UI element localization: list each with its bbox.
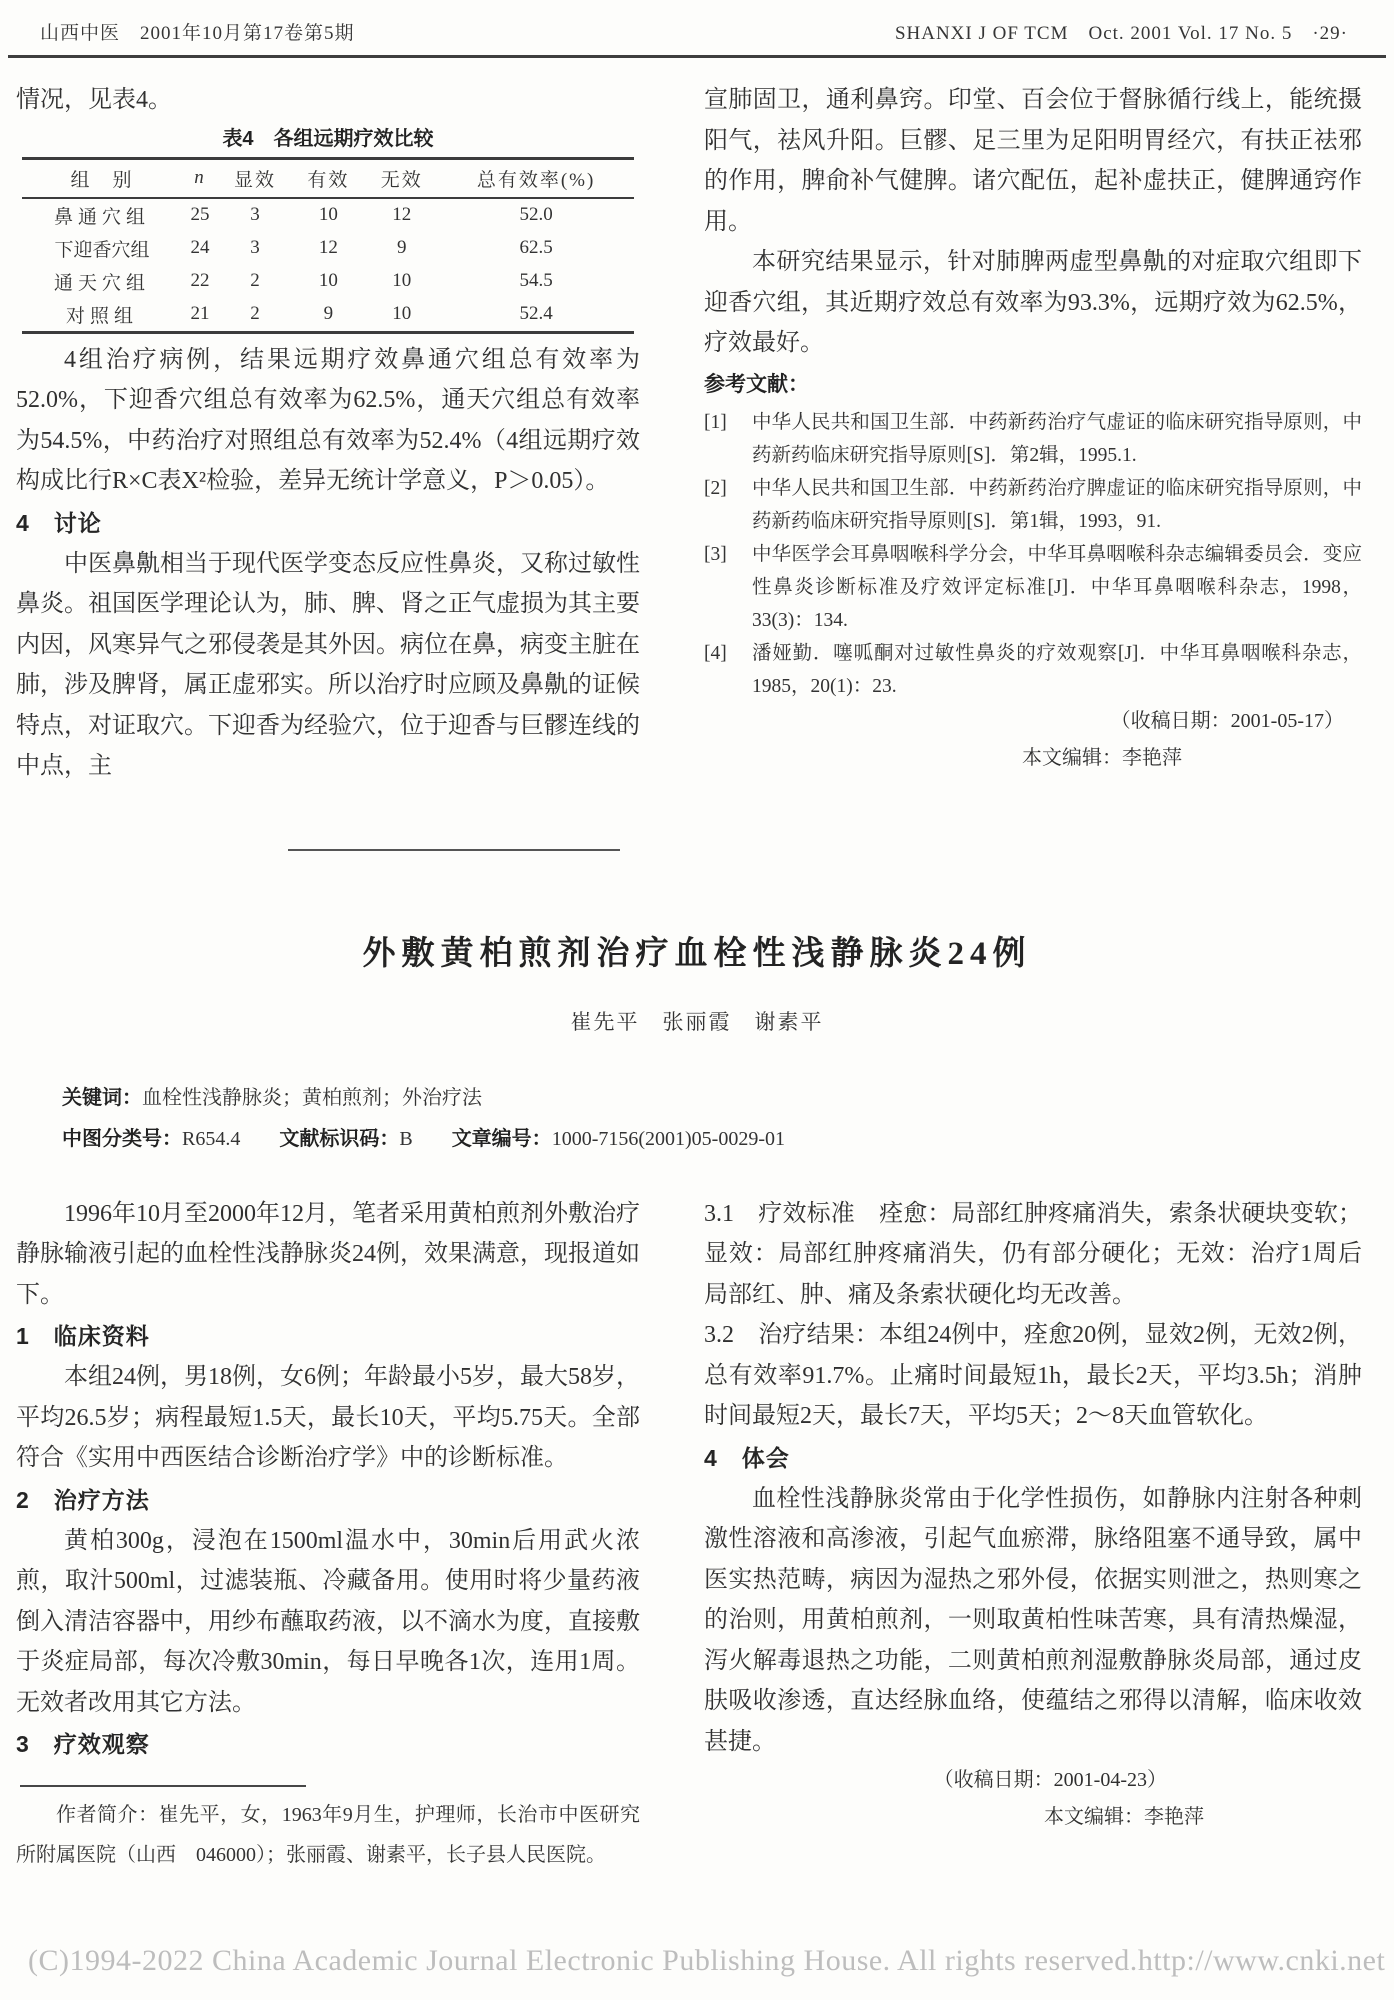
clc-value: R654.4 — [182, 1128, 240, 1150]
cell-total-rate: 52.0 — [438, 198, 633, 232]
article2-intro-paragraph: 1996年10月至2000年12月，笔者采用黄柏煎剂外敷治疗静脉输液引起的血栓性… — [16, 1194, 640, 1316]
table4-header-row: 组 别 n 显效 有效 无效 总有效率(%) — [22, 158, 634, 198]
keywords-value: 血栓性浅静脉炎；黄柏煎剂；外治疗法 — [142, 1087, 482, 1109]
reference-text: 中华人民共和国卫生部．中药新药治疗脾虚证的临床研究指导原则，中药新药临床研究指导… — [752, 472, 1362, 538]
treatment-outcome-paragraph: 3.2 治疗结果：本组24例中，痊愈20例，显效2例，无效2例，总有效率91.7… — [704, 1315, 1362, 1437]
cell-marked: 2 — [218, 298, 291, 333]
doc-code-label: 文献标识码： — [279, 1128, 399, 1150]
article-divider — [288, 849, 620, 851]
cell-n: 22 — [182, 265, 219, 298]
reference-text: 中华医学会耳鼻咽喉科学分会，中华耳鼻咽喉科杂志编辑委员会．变应性鼻炎诊断标准及疗… — [752, 538, 1362, 637]
article2-authors: 崔先平 张丽霞 谢素平 — [0, 1006, 1394, 1036]
cell-total-rate: 52.4 — [438, 298, 633, 333]
article1-right-column: 宣肺固卫，通利鼻窍。印堂、百会位于督脉循行线上，能统摄阳气，祛风升阳。巨髎、足三… — [704, 80, 1362, 787]
article-id-label: 文章编号： — [452, 1128, 552, 1150]
cell-n: 24 — [182, 232, 219, 265]
cnki-url: http://www.cnki.net — [1138, 1944, 1386, 1978]
efficacy-criteria-paragraph: 3.1 疗效标准 痊愈：局部红肿疼痛消失，索条状硬块变软；显效：局部红肿疼痛消失… — [704, 1194, 1362, 1316]
cell-ineffective: 9 — [365, 232, 438, 265]
treatment-method-paragraph: 黄柏300g，浸泡在1500ml温水中，30min后用武火浓煎，取汁500ml，… — [16, 1521, 640, 1724]
cell-group: 通天穴组 — [22, 265, 181, 298]
cell-marked: 3 — [218, 198, 291, 232]
article2-left-column: 1996年10月至2000年12月，笔者采用黄柏煎剂外敷治疗静脉输液引起的血栓性… — [16, 1194, 640, 1876]
cell-n: 25 — [182, 198, 219, 232]
article2-received-date: （收稿日期：2001-04-23） — [704, 1762, 1362, 1799]
copyright-text: (C)1994-2022 China Academic Journal Elec… — [28, 1944, 1138, 1978]
article1-continuation-paragraph: 宣肺固卫，通利鼻窍。印堂、百会位于督脉循行线上，能统摄阳气，祛风升阳。巨髎、足三… — [704, 80, 1362, 242]
doc-code-value: B — [399, 1128, 412, 1150]
article1-discussion-heading: 4 讨论 — [16, 502, 640, 544]
cell-group: 对照组 — [22, 298, 181, 333]
article2-title: 外敷黄柏煎剂治疗血栓性浅静脉炎24例 — [0, 927, 1394, 974]
journal-title-en: SHANXI J OF TCM Oct. 2001 Vol. 17 No. 5 … — [895, 18, 1348, 45]
article2-meta-block: 关键词：血栓性浅静脉炎；黄柏煎剂；外治疗法 中图分类号：R654.4 文献标识码… — [62, 1078, 1394, 1160]
experience-heading: 4 体会 — [704, 1437, 1362, 1479]
scanned-journal-page: { "header": { "left": "山西中医 2001年10月第17卷… — [0, 0, 1394, 2000]
journal-title-cn: 山西中医 2001年10月第17卷第5期 — [40, 18, 355, 45]
clc-label: 中图分类号： — [62, 1128, 182, 1150]
references-heading: 参考文献： — [704, 364, 1362, 406]
cell-ineffective: 12 — [365, 198, 438, 232]
reference-text: 潘娅勤．噻呱酮对过敏性鼻炎的疗效观察[J]．中华耳鼻咽喉科杂志，1985，20(… — [752, 637, 1362, 703]
reference-item: [3] 中华医学会耳鼻咽喉科学分会，中华耳鼻咽喉科杂志编辑委员会．变应性鼻炎诊断… — [704, 538, 1362, 637]
efficacy-observation-heading: 3 疗效观察 — [16, 1723, 640, 1765]
cell-effective: 12 — [292, 232, 365, 265]
cell-marked: 3 — [218, 232, 291, 265]
cell-ineffective: 10 — [365, 298, 438, 333]
clinical-data-paragraph: 本组24例，男18例，女6例；年龄最小5岁，最大58岁，平均26.5岁；病程最短… — [16, 1357, 640, 1479]
table4-caption: 表4 各组远期疗效比较 — [16, 123, 640, 155]
cell-effective: 10 — [292, 265, 365, 298]
cell-total-rate: 54.5 — [438, 265, 633, 298]
reference-number: [2] — [704, 472, 752, 538]
article1-editor: 本文编辑：李艳萍 — [704, 740, 1362, 777]
article2-editor: 本文编辑：李艳萍 — [704, 1799, 1362, 1836]
classification-line: 中图分类号：R654.4 文献标识码：B 文章编号：1000-7156(2001… — [62, 1119, 1394, 1160]
treatment-method-heading: 2 治疗方法 — [16, 1479, 640, 1521]
cell-group: 鼻通穴组 — [22, 198, 181, 232]
cell-marked: 2 — [218, 265, 291, 298]
table4-efficacy-comparison: 组 别 n 显效 有效 无效 总有效率(%) 鼻通穴组 25 3 10 12 5… — [22, 157, 634, 334]
reference-number: [1] — [704, 406, 752, 472]
article1-columns: 情况，见表4。 表4 各组远期疗效比较 组 别 n 显效 有效 无效 总有效率(… — [0, 80, 1394, 787]
footnote-rule — [20, 1785, 306, 1787]
article1-discussion-paragraph: 中医鼻鼽相当于现代医学变态反应性鼻炎，又称过敏性鼻炎。祖国医学理论认为，肺、脾、… — [16, 544, 640, 787]
journal-header: 山西中医 2001年10月第17卷第5期 SHANXI J OF TCM Oct… — [0, 0, 1394, 51]
table4-col-marked: 显效 — [218, 158, 291, 198]
article1-left-column: 情况，见表4。 表4 各组远期疗效比较 组 别 n 显效 有效 无效 总有效率(… — [16, 80, 640, 787]
cell-effective: 10 — [292, 198, 365, 232]
cell-effective: 9 — [292, 298, 365, 333]
reference-item: [1] 中华人民共和国卫生部．中药新药治疗气虚证的临床研究指导原则，中药新药临床… — [704, 406, 1362, 472]
keywords-line: 关键词：血栓性浅静脉炎；黄柏煎剂；外治疗法 — [62, 1078, 1394, 1119]
table4-col-effective: 有效 — [292, 158, 365, 198]
table-row: 对照组 21 2 9 10 52.4 — [22, 298, 634, 333]
header-rule — [8, 55, 1386, 58]
reference-item: [4] 潘娅勤．噻呱酮对过敏性鼻炎的疗效观察[J]．中华耳鼻咽喉科杂志，1985… — [704, 637, 1362, 703]
author-bio: 作者简介：崔先平，女，1963年9月生，护理师，长治市中医研究所附属医院（山西 … — [16, 1795, 640, 1875]
copyright-watermark: (C)1994-2022 China Academic Journal Elec… — [28, 1944, 1384, 1978]
table4-col-total-rate: 总有效率(%) — [438, 158, 633, 198]
article1-lead-line: 情况，见表4。 — [16, 80, 640, 121]
keywords-label: 关键词： — [62, 1087, 142, 1109]
reference-text: 中华人民共和国卫生部．中药新药治疗气虚证的临床研究指导原则，中药新药临床研究指导… — [752, 406, 1362, 472]
table4-col-group: 组 别 — [22, 158, 181, 198]
table-row: 鼻通穴组 25 3 10 12 52.0 — [22, 198, 634, 232]
article1-received-date: （收稿日期：2001-05-17） — [704, 703, 1362, 740]
article1-results-paragraph: 4组治疗病例，结果远期疗效鼻通穴组总有效率为52.0%，下迎香穴组总有效率为62… — [16, 340, 640, 502]
table-row: 通天穴组 22 2 10 10 54.5 — [22, 265, 634, 298]
reference-number: [4] — [704, 637, 752, 703]
table-row: 下迎香穴组 24 3 12 9 62.5 — [22, 232, 634, 265]
article2-right-column: 3.1 疗效标准 痊愈：局部红肿疼痛消失，索条状硬块变软；显效：局部红肿疼痛消失… — [704, 1194, 1362, 1876]
table4-col-n: n — [182, 158, 219, 198]
experience-paragraph: 血栓性浅静脉炎常由于化学性损伤，如静脉内注射各种刺激性溶液和高渗液，引起气血瘀滞… — [704, 1479, 1362, 1763]
article1-conclusion-paragraph: 本研究结果显示，针对肺脾两虚型鼻鼽的对症取穴组即下迎香穴组，其近期疗效总有效率为… — [704, 242, 1362, 364]
cell-n: 21 — [182, 298, 219, 333]
article-id-value: 1000-7156(2001)05-0029-01 — [552, 1128, 785, 1150]
cell-group: 下迎香穴组 — [22, 232, 181, 265]
cell-ineffective: 10 — [365, 265, 438, 298]
table4-col-ineffective: 无效 — [365, 158, 438, 198]
reference-item: [2] 中华人民共和国卫生部．中药新药治疗脾虚证的临床研究指导原则，中药新药临床… — [704, 472, 1362, 538]
clinical-data-heading: 1 临床资料 — [16, 1315, 640, 1357]
cell-total-rate: 62.5 — [438, 232, 633, 265]
article2-columns: 1996年10月至2000年12月，笔者采用黄柏煎剂外敷治疗静脉输液引起的血栓性… — [0, 1194, 1394, 1876]
reference-number: [3] — [704, 538, 752, 637]
